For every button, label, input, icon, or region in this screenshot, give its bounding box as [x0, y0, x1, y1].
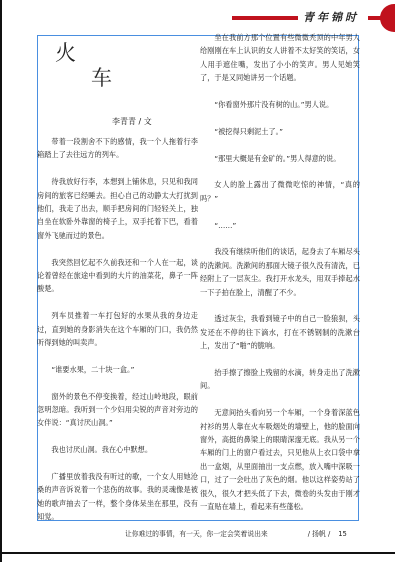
paragraph: 我突然回忆起不久前我还和一个人在一起，谈论着曾经在旅途中看到的大片的油菜花，鼻子… — [37, 256, 198, 296]
article-left-column: 火 车 李青青 / 文 带着一段割舍不下的感情，我一个人拖着行李箱踏上了去往远方… — [37, 35, 198, 537]
paragraph: 无意间抬头看向另一个车厢，一个身着深蓝色衬衫的男人靠在火车吸烟处的墙壁上，他的脸… — [200, 406, 360, 513]
paragraph: 透过灰尘，我看到镜子中的自己一脸狼狈，头发还在不停的往下滴水，打在不锈钢制的洗漱… — [200, 312, 360, 352]
paragraph-quote: “你看窗外那片没有树的山。”男人说。 — [200, 98, 360, 111]
header-bar-left — [232, 16, 298, 20]
header-circle-decoration — [380, 4, 395, 32]
paragraph: 抬手擦了擦脸上残留的水滴，转身走出了洗漱间。 — [200, 366, 360, 393]
article-right-column: 坐在我前方那个位置有些微微秃顶的中年男人给刚刚在车上认识的女人讲着不太好笑的笑话… — [200, 31, 360, 527]
page-bottom-rule — [0, 552, 395, 554]
paragraph: 带着一段割舍不下的感情，我一个人拖着行李箱踏上了去往远方的列车。 — [37, 135, 198, 162]
paragraph: 我没有继续听他们的谈话，起身去了车厢尽头的洗漱间。洗漱间的那面大镜子很久没有清洗… — [200, 245, 360, 299]
paragraph-quote: “被挖得只剩泥土了。” — [200, 125, 360, 138]
paragraph: 窗外的景色不停变换着，经过山岭地段，眼前忽明忽暗。我听到一个少妇用尖锐的声音对旁… — [37, 390, 198, 430]
paragraph-quote: “……” — [200, 219, 360, 232]
paragraph: 坐在我前方那个位置有些微微秃顶的中年男人给刚刚在车上认识的女人讲着不太好笑的笑话… — [200, 31, 360, 85]
footer-magazine-name: / 扬帆 / — [308, 530, 331, 538]
paragraph: 广播里放着我没有听过的歌，一个女人用她沧桑的声音诉说着一个悲伤的故事。我的灵魂像… — [37, 470, 198, 524]
paragraph: 列车员推着一车打包好的水果从我的身边走过，直到她的身影消失在这个车厢的门口，我仍… — [37, 309, 198, 349]
paragraph: 我也讨厌山洞。我在心中默想。 — [37, 443, 198, 456]
page-number: 15 — [338, 530, 347, 538]
article-title-char-2: 车 — [91, 72, 112, 85]
paragraph: 待我放好行李，本想到上铺休息，只见和我同房间的旅客已经睡去。担心自己的动静太大打… — [37, 175, 198, 242]
section-title: 青年锦时 — [303, 10, 359, 26]
article-byline: 李青青 / 文 — [112, 115, 152, 128]
paragraph-quote: “谁要水果，二十块一盒。” — [37, 363, 198, 376]
page-left-border — [0, 0, 2, 562]
section-header: 青年锦时 — [232, 10, 395, 26]
article-title-block: 火 车 李青青 / 文 — [37, 35, 198, 135]
paragraph: 女人的脸上露出了微微吃惊的神情，“真的吗？” — [200, 178, 360, 205]
paragraph-quote: “那里大概是有金矿的。”男人得意的说。 — [200, 152, 360, 165]
article-title-char-1: 火 — [55, 47, 76, 60]
page-footer: 让你难过的事情，有一天，你一定会笑着说出来/ 扬帆 /15 — [125, 528, 347, 538]
footer-quote: 让你难过的事情，有一天，你一定会笑着说出来 — [125, 530, 268, 538]
